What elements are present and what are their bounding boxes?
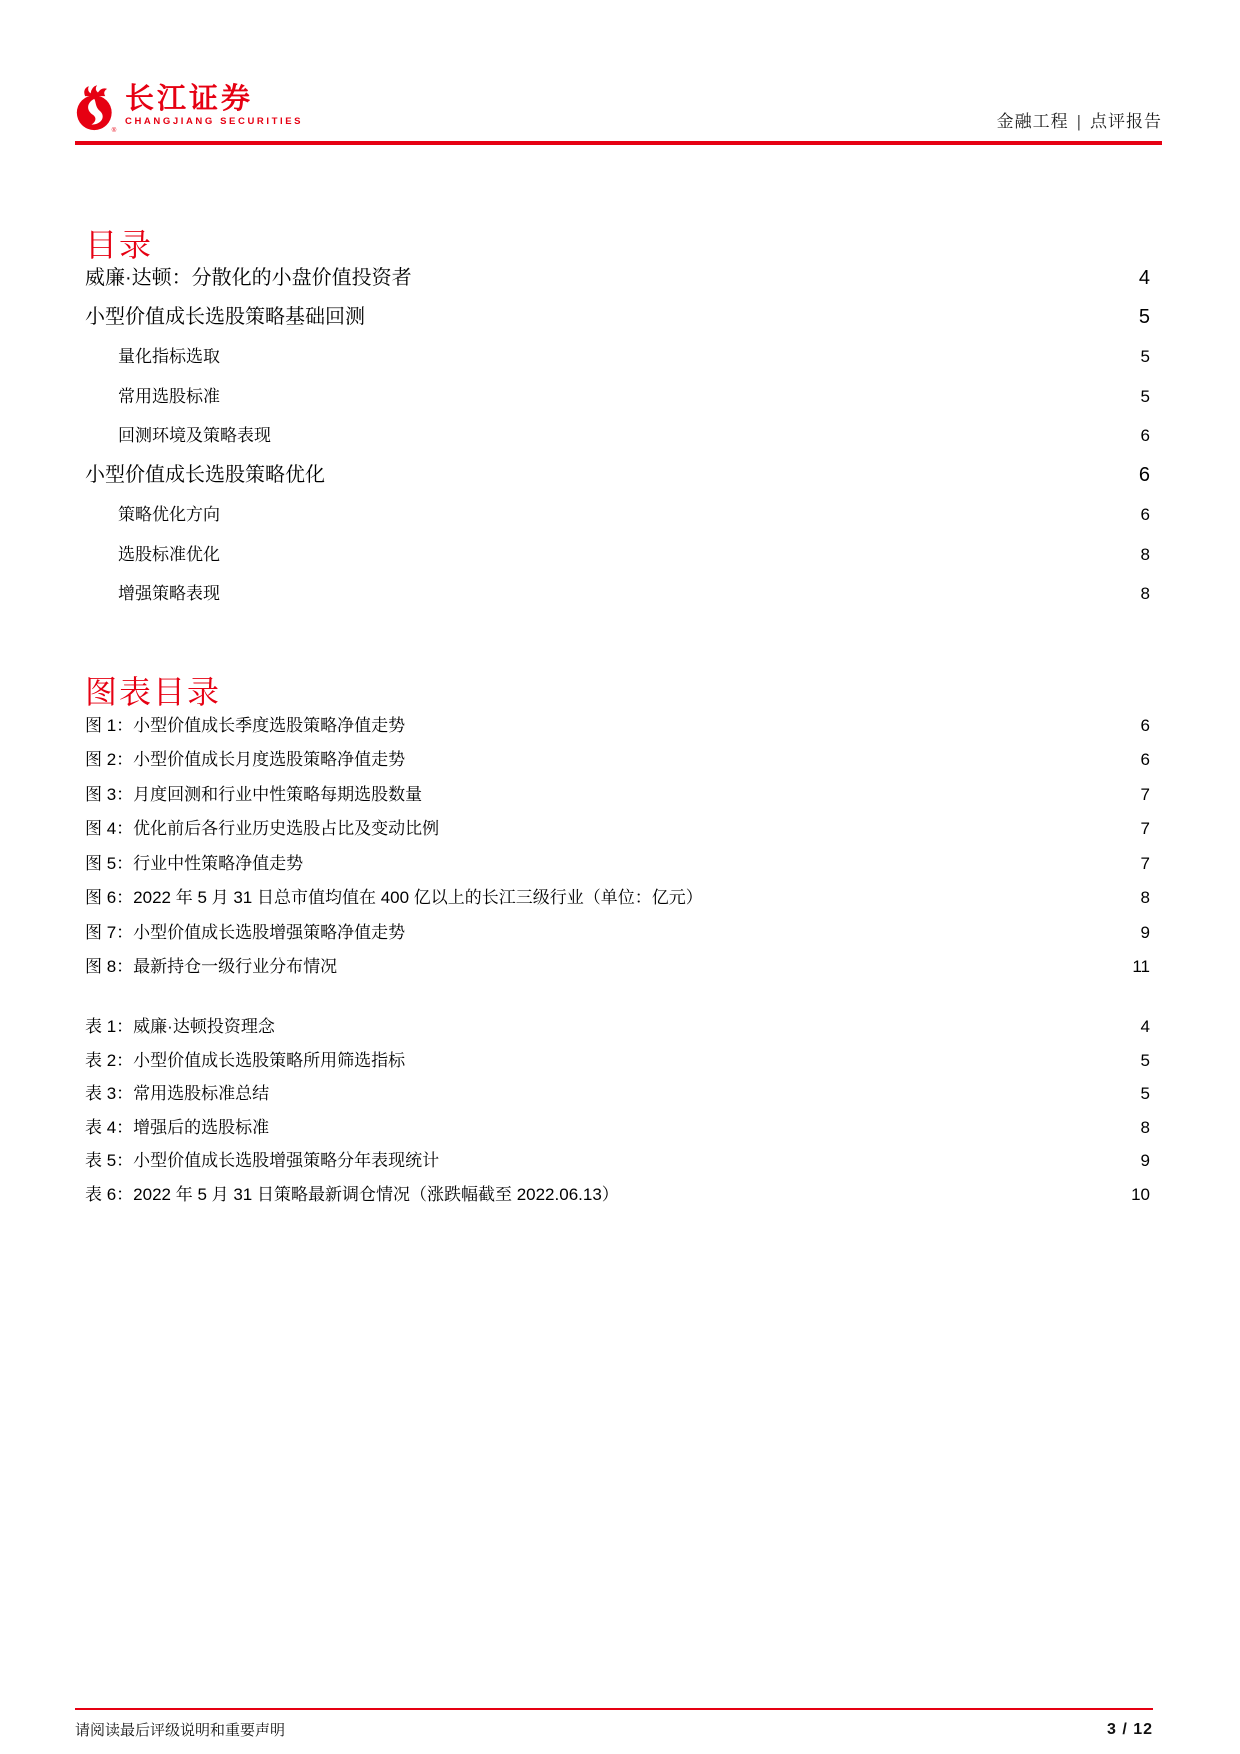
toc-entry[interactable]: 增强策略表现 8 — [85, 574, 1150, 614]
table-entry-label: 表 3：常用选股标准总结 — [85, 1085, 269, 1102]
page-number: 3 / 12 — [1107, 1721, 1153, 1739]
figure-entry-page: 9 — [1141, 924, 1150, 941]
toc-entry[interactable]: 选股标准优化 8 — [85, 535, 1150, 575]
table-entry-page: 10 — [1131, 1186, 1150, 1203]
changjiang-emblem-icon: ® — [75, 84, 119, 134]
toc-entry-page: 5 — [1141, 348, 1150, 365]
figure-entry-label: 图 8：最新持仓一级行业分布情况 — [85, 958, 337, 975]
toc-entry[interactable]: 常用选股标准 5 — [85, 377, 1150, 417]
figure-entry[interactable]: 图 7：小型价值成长选股增强策略净值走势 9 — [85, 915, 1150, 950]
toc-entry-page: 8 — [1141, 546, 1150, 563]
toc-entry-label: 量化指标选取 — [85, 348, 220, 365]
registered-mark: ® — [112, 126, 117, 134]
table-entry-page: 5 — [1141, 1085, 1150, 1102]
figure-entry-page: 7 — [1141, 820, 1150, 837]
toc-entry-page: 6 — [1141, 506, 1150, 523]
figure-entry-label: 图 2：小型价值成长月度选股策略净值走势 — [85, 751, 405, 768]
figure-entry[interactable]: 图 4：优化前后各行业历史选股占比及变动比例 7 — [85, 812, 1150, 847]
toc-entry-page: 8 — [1141, 585, 1150, 602]
figures-toc-title: 图表目录 — [85, 674, 221, 710]
page-footer: 请阅读最后评级说明和重要声明 3 / 12 — [75, 1708, 1153, 1740]
table-entry-page: 8 — [1141, 1119, 1150, 1136]
figure-entry[interactable]: 图 2：小型价值成长月度选股策略净值走势 6 — [85, 743, 1150, 778]
table-entry-page: 5 — [1141, 1052, 1150, 1069]
table-entry-label: 表 5：小型价值成长选股增强策略分年表现统计 — [85, 1152, 439, 1169]
figure-entry-page: 11 — [1132, 958, 1150, 975]
table-entry[interactable]: 表 3：常用选股标准总结 5 — [85, 1077, 1150, 1111]
toc-entry-label: 策略优化方向 — [85, 506, 220, 523]
toc-entry[interactable]: 量化指标选取 5 — [85, 337, 1150, 377]
toc-entry-label: 选股标准优化 — [85, 546, 220, 563]
figure-entry-label: 图 4：优化前后各行业历史选股占比及变动比例 — [85, 820, 439, 837]
figure-entry-page: 7 — [1141, 786, 1150, 803]
toc-entry-label: 回测环境及策略表现 — [85, 427, 271, 444]
table-entry[interactable]: 表 2：小型价值成长选股策略所用筛选指标 5 — [85, 1044, 1150, 1078]
category-separator: | — [1069, 112, 1090, 131]
toc-entry-label: 增强策略表现 — [85, 585, 220, 602]
toc-entry-label: 威廉·达顿：分散化的小盘价值投资者 — [85, 268, 412, 288]
report-type-label: 点评报告 — [1090, 112, 1162, 131]
figure-list: 图 1：小型价值成长季度选股策略净值走势 6 图 2：小型价值成长月度选股策略净… — [85, 708, 1150, 984]
table-entry-page: 9 — [1141, 1152, 1150, 1169]
figure-entry-label: 图 7：小型价值成长选股增强策略净值走势 — [85, 924, 405, 941]
page-header: ® 长江证券 CHANGJIANG SECURITIES 金融工程|点评报告 — [75, 84, 1162, 145]
logo-name-cn: 长江证券 — [125, 84, 303, 114]
toc-entry-page: 6 — [1139, 465, 1150, 485]
figure-entry-label: 图 3：月度回测和行业中性策略每期选股数量 — [85, 786, 422, 803]
toc-entry[interactable]: 小型价值成长选股策略优化 6 — [85, 456, 1150, 496]
table-entry[interactable]: 表 1：威廉·达顿投资理念 4 — [85, 1010, 1150, 1044]
logo-name-en: CHANGJIANG SECURITIES — [125, 117, 303, 127]
figure-entry-page: 6 — [1141, 717, 1150, 734]
figure-entry[interactable]: 图 1：小型价值成长季度选股策略净值走势 6 — [85, 708, 1150, 743]
figure-entry[interactable]: 图 6：2022 年 5 月 31 日总市值均值在 400 亿以上的长江三级行业… — [85, 881, 1150, 916]
toc-entry-label: 常用选股标准 — [85, 388, 220, 405]
figure-entry-page: 8 — [1141, 889, 1150, 906]
table-entry[interactable]: 表 5：小型价值成长选股增强策略分年表现统计 9 — [85, 1144, 1150, 1178]
figure-entry[interactable]: 图 8：最新持仓一级行业分布情况 11 — [85, 950, 1150, 985]
toc-entry-page: 5 — [1139, 307, 1150, 327]
table-entry-label: 表 4：增强后的选股标准 — [85, 1119, 269, 1136]
figure-entry-page: 6 — [1141, 751, 1150, 768]
report-page: ® 长江证券 CHANGJIANG SECURITIES 金融工程|点评报告 目… — [0, 0, 1240, 1754]
figure-entry-label: 图 6：2022 年 5 月 31 日总市值均值在 400 亿以上的长江三级行业… — [85, 889, 703, 906]
changjiang-logo: ® 长江证券 CHANGJIANG SECURITIES — [75, 84, 303, 134]
toc-entry[interactable]: 策略优化方向 6 — [85, 495, 1150, 535]
toc-entry[interactable]: 回测环境及策略表现 6 — [85, 416, 1150, 456]
footer-disclaimer: 请阅读最后评级说明和重要声明 — [75, 1719, 285, 1740]
table-entry[interactable]: 表 6：2022 年 5 月 31 日策略最新调仓情况（涨跌幅截至 2022.0… — [85, 1178, 1150, 1212]
logo-text: 长江证券 CHANGJIANG SECURITIES — [125, 84, 303, 127]
table-entry[interactable]: 表 4：增强后的选股标准 8 — [85, 1111, 1150, 1145]
toc-entry-page: 5 — [1141, 388, 1150, 405]
figure-entry-label: 图 1：小型价值成长季度选股策略净值走势 — [85, 717, 405, 734]
figure-entry[interactable]: 图 3：月度回测和行业中性策略每期选股数量 7 — [85, 777, 1150, 812]
figure-entry[interactable]: 图 5：行业中性策略净值走势 7 — [85, 846, 1150, 881]
toc-entry-page: 6 — [1141, 427, 1150, 444]
figure-entry-label: 图 5：行业中性策略净值走势 — [85, 855, 303, 872]
toc-entry-label: 小型价值成长选股策略优化 — [85, 465, 325, 485]
table-entry-label: 表 1：威廉·达顿投资理念 — [85, 1018, 275, 1035]
report-category: 金融工程|点评报告 — [997, 107, 1162, 134]
toc-list: 威廉·达顿：分散化的小盘价值投资者 4 小型价值成长选股策略基础回测 5 量化指… — [85, 258, 1150, 614]
category-label: 金融工程 — [997, 112, 1069, 131]
toc-entry[interactable]: 小型价值成长选股策略基础回测 5 — [85, 298, 1150, 338]
table-list: 表 1：威廉·达顿投资理念 4 表 2：小型价值成长选股策略所用筛选指标 5 表… — [85, 1010, 1150, 1211]
figure-entry-page: 7 — [1141, 855, 1150, 872]
table-entry-page: 4 — [1141, 1018, 1150, 1035]
toc-entry[interactable]: 威廉·达顿：分散化的小盘价值投资者 4 — [85, 258, 1150, 298]
table-entry-label: 表 6：2022 年 5 月 31 日策略最新调仓情况（涨跌幅截至 2022.0… — [85, 1186, 619, 1203]
toc-entry-page: 4 — [1139, 268, 1150, 288]
table-entry-label: 表 2：小型价值成长选股策略所用筛选指标 — [85, 1052, 405, 1069]
toc-entry-label: 小型价值成长选股策略基础回测 — [85, 307, 365, 327]
